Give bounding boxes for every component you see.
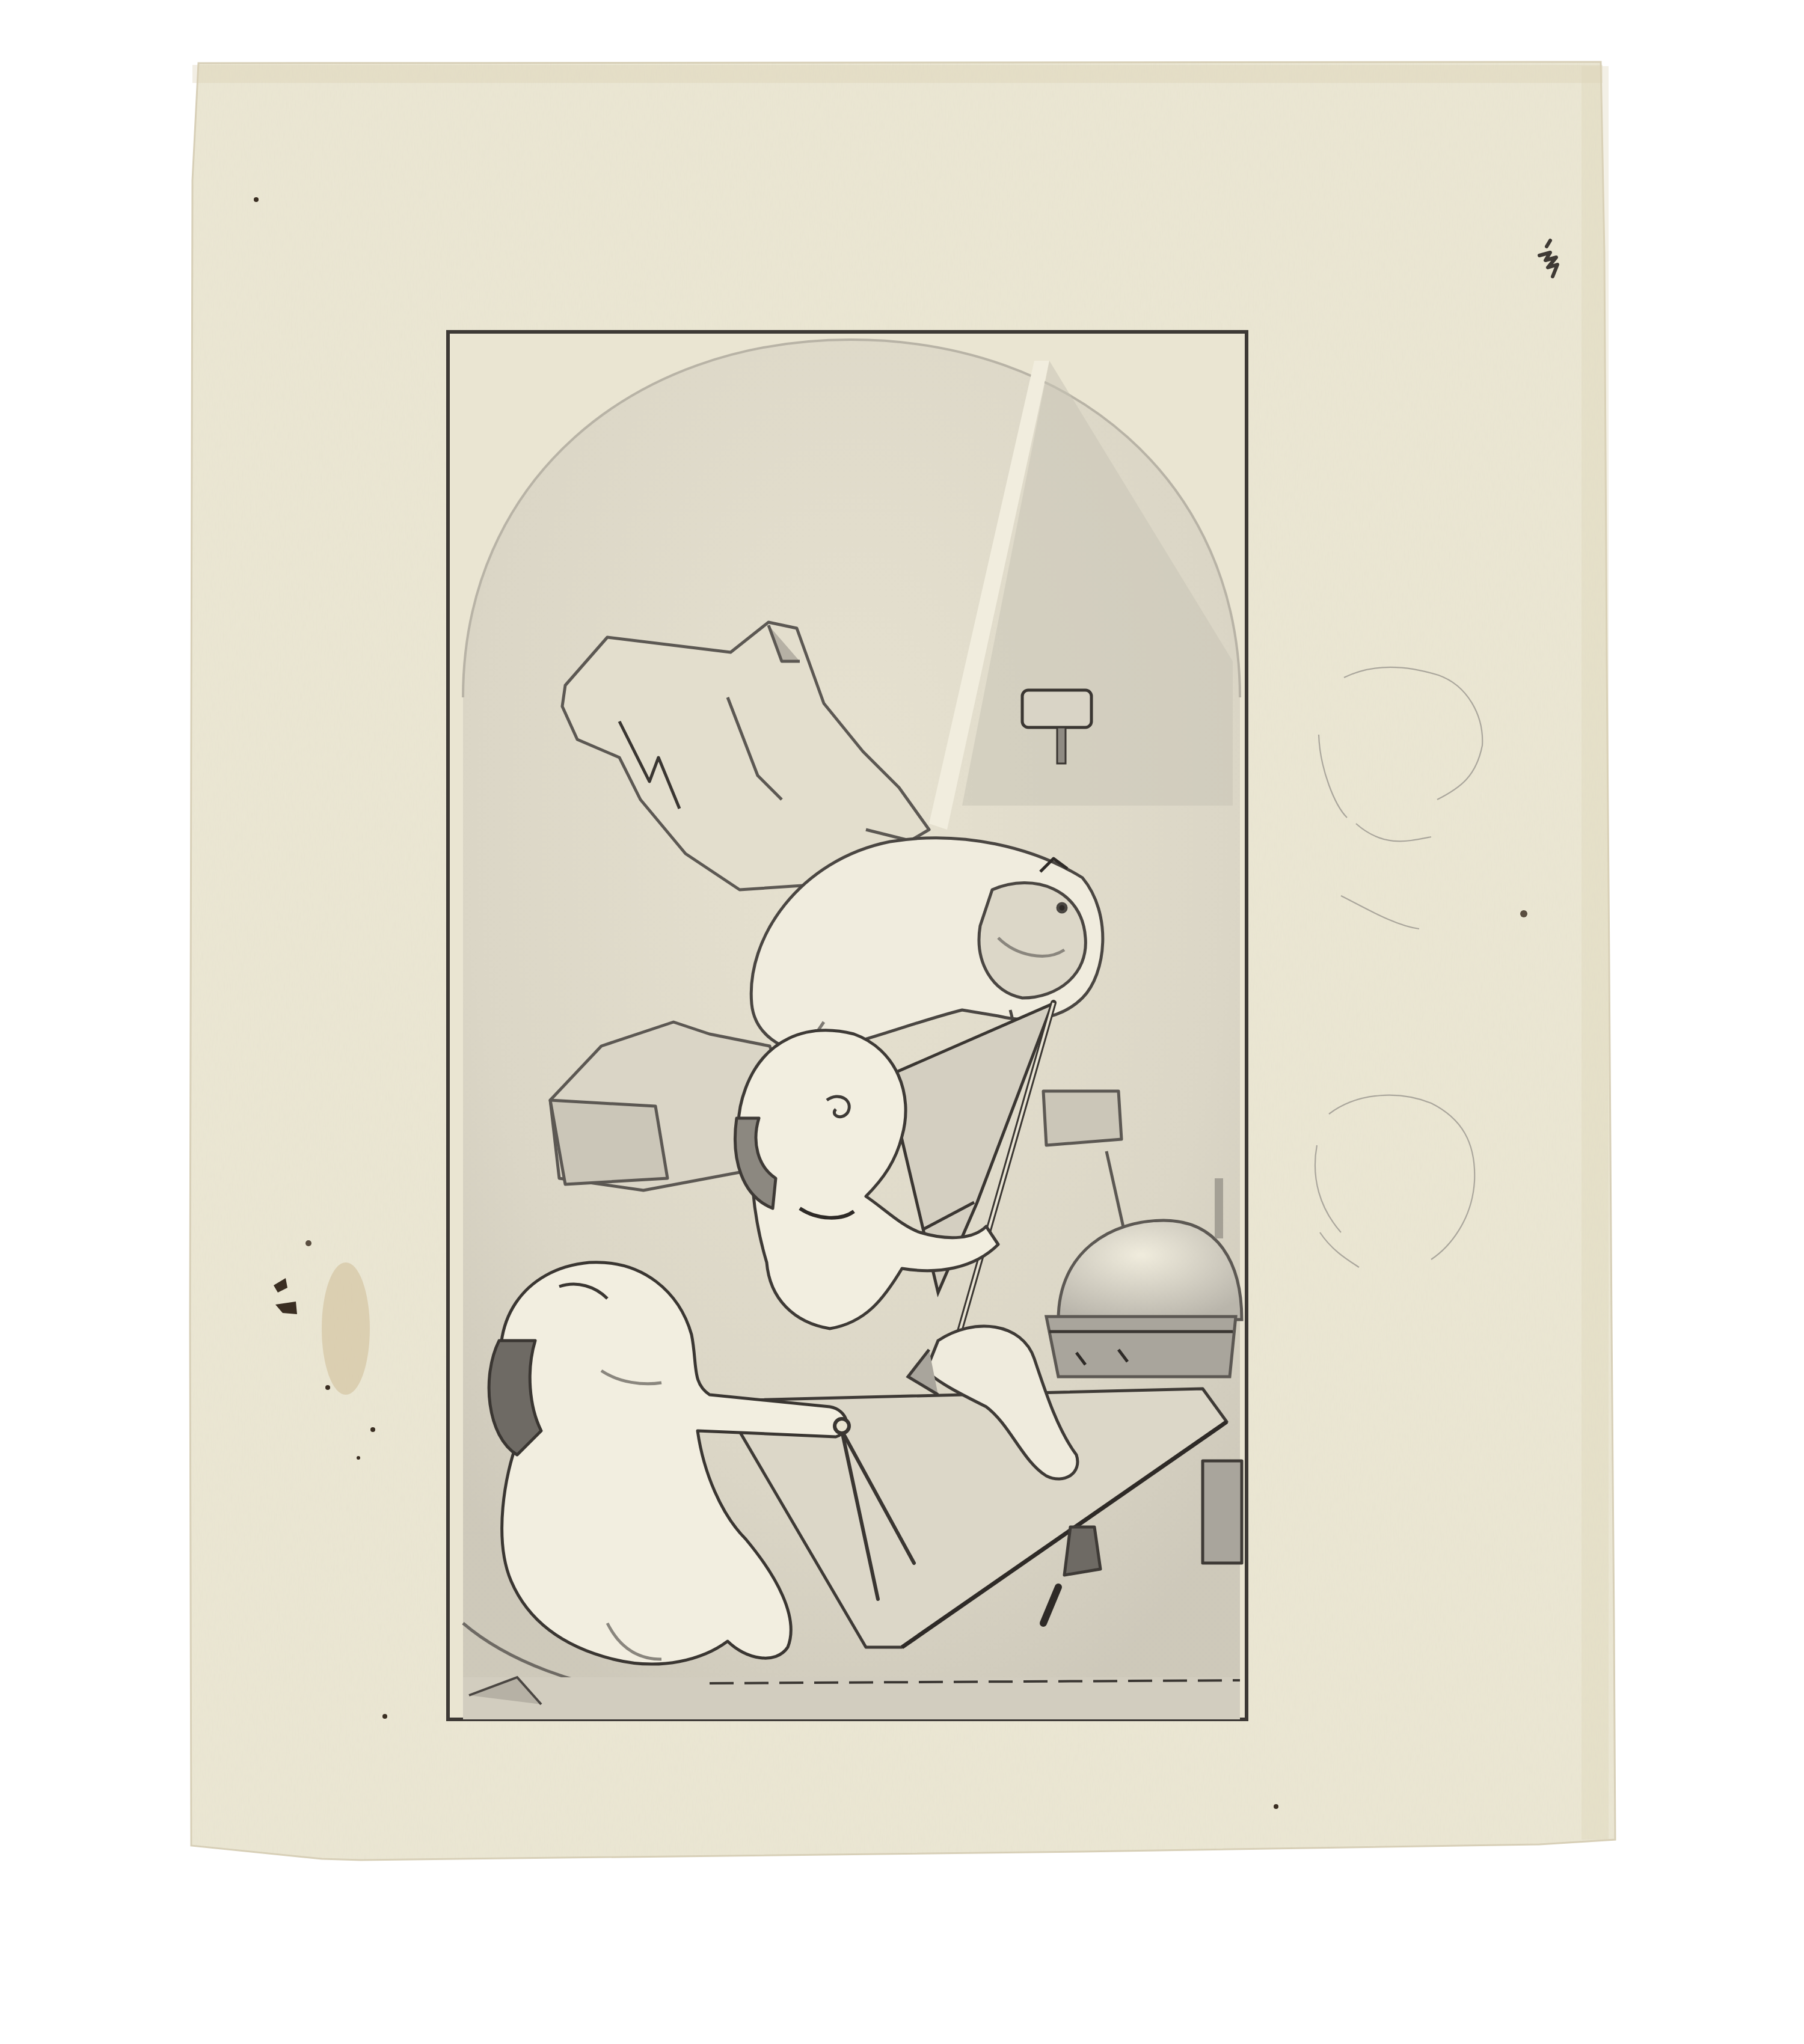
drawing-sheet-svg [0,0,1804,2044]
foxing-stain [322,1262,370,1395]
floor [463,1677,1240,1719]
drawing-frame [448,332,1247,1719]
artwork-photograph: Putti as allegory of the arts: sculpture… [0,0,1804,2044]
